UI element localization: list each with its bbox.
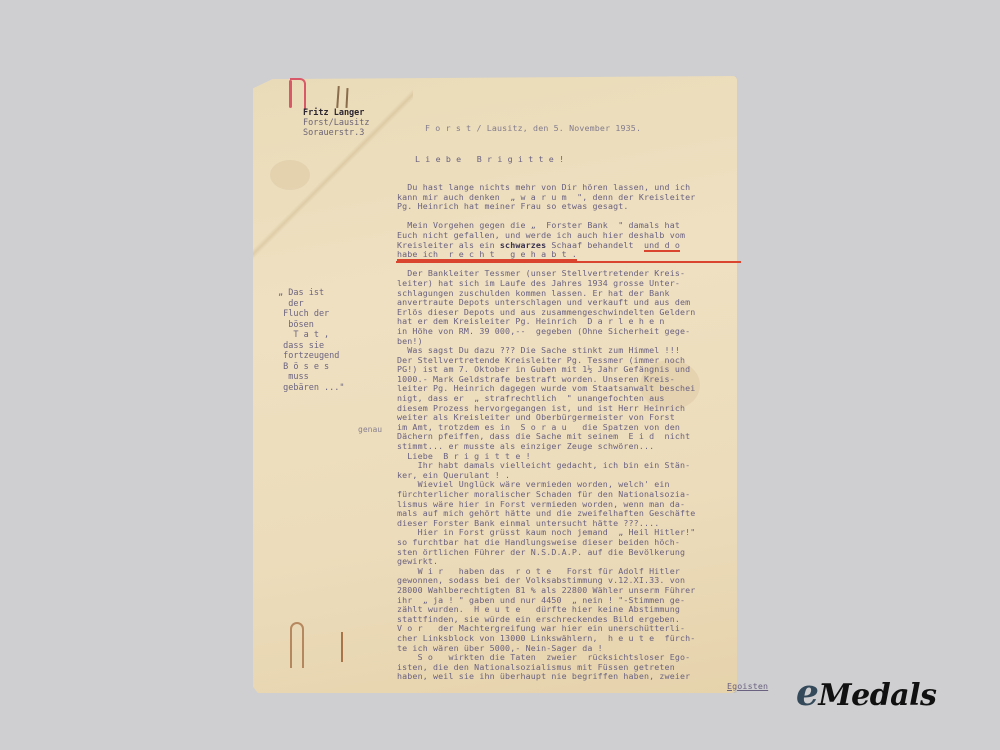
paragraph-1: Du hast lange nichts mehr von Dir hören …: [397, 182, 695, 211]
paper-stain: [270, 160, 310, 190]
logo-prefix: e: [796, 672, 818, 714]
underlined-line-2-pre: Kreisleiter als ein: [397, 240, 500, 250]
red-pencil-underline: [396, 261, 741, 263]
letter-date: F o r s t / Lausitz, den 5. November 193…: [425, 124, 641, 134]
red-pencil-mark: [290, 78, 306, 110]
sender-name: Fritz Langer: [303, 108, 364, 118]
red-underlined-text: und d o: [644, 240, 680, 252]
margin-note: genau: [358, 425, 382, 434]
paragraph-2: Mein Vorgehen gegen die „ Forster Bank "…: [397, 220, 680, 230]
staple-mark: [341, 632, 343, 662]
logo-name: Medals: [818, 678, 936, 713]
letter-salutation: L i e b e B r i g i t t e !: [415, 155, 564, 165]
underlined-line-2-mid: Schaaf behandelt: [546, 240, 644, 250]
staple-mark: [290, 622, 304, 668]
bold-word: schwarzes: [500, 240, 546, 250]
emedals-watermark-logo: eMedals: [796, 672, 936, 714]
sender-block: Fritz Langer Forst/Lausitz Sorauerstr.3: [303, 108, 370, 138]
letter-body: Du hast lange nichts mehr von Dir hören …: [397, 183, 768, 691]
closing-word: Egoisten: [727, 681, 768, 691]
underlined-line-1: Euch nicht gefallen, und werde ich auch …: [397, 230, 685, 240]
sender-city: Forst/Lausitz: [303, 118, 370, 128]
letter-body-main: Der Bankleiter Tessmer (unser Stellvertr…: [397, 268, 695, 681]
margin-quote: „ Das ist der Fluch der bösen T a t , da…: [278, 288, 345, 393]
red-underlined-text: habe ich r e c h t g e h a b t .: [397, 249, 577, 261]
sender-street: Sorauerstr.3: [303, 128, 364, 138]
